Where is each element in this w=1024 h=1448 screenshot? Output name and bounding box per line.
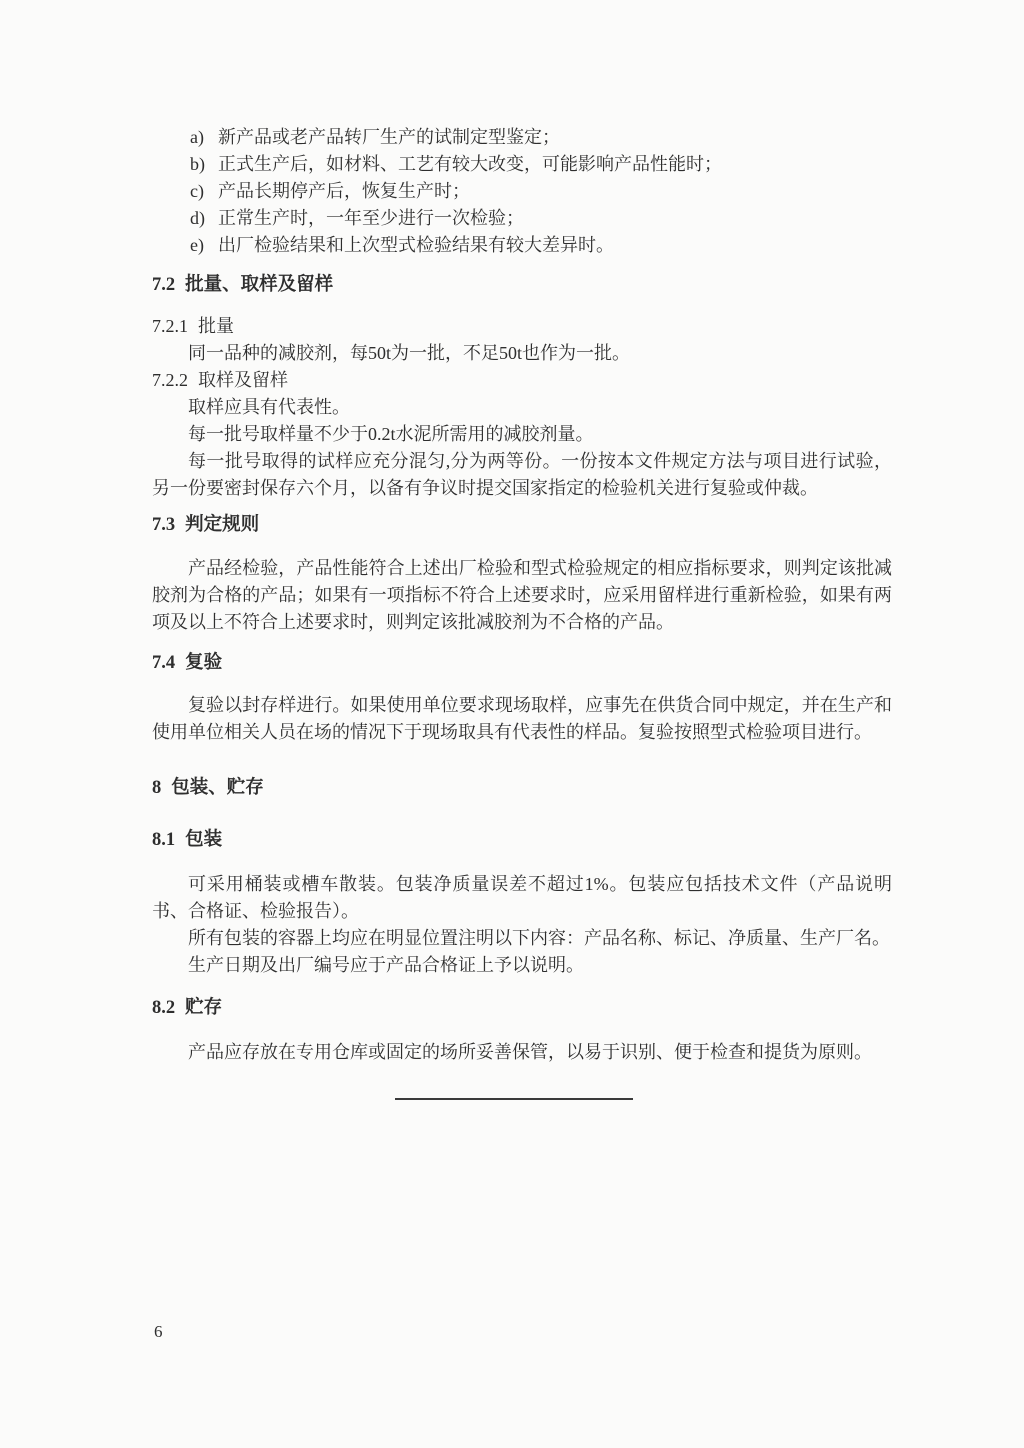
- heading-title: 批量: [198, 316, 234, 336]
- list-marker: d): [190, 205, 218, 232]
- paragraph: 产品经检验，产品性能符合上述出厂检验和型式检验规定的相应指标要求，则判定该批减胶…: [152, 555, 892, 636]
- subsection-heading-7-2-2: 7.2.2取样及留样: [152, 367, 892, 394]
- list-item: c)产品长期停产后，恢复生产时；: [152, 178, 892, 205]
- paragraph: 取样应具有代表性。: [152, 394, 892, 421]
- heading-number: 7.4: [152, 653, 175, 673]
- document-page: a)新产品或老产品转厂生产的试制定型鉴定； b)正式生产后，如材料、工艺有较大改…: [0, 0, 1024, 1448]
- heading-title: 判定规则: [185, 513, 259, 534]
- type-inspection-condition-list: a)新产品或老产品转厂生产的试制定型鉴定； b)正式生产后，如材料、工艺有较大改…: [152, 124, 892, 259]
- paragraph: 复验以封存样进行。如果使用单位要求现场取样，应事先在供货合同中规定，并在生产和使…: [152, 692, 892, 746]
- list-item: a)新产品或老产品转厂生产的试制定型鉴定；: [152, 124, 892, 151]
- heading-number: 7.2.2: [152, 370, 188, 390]
- paragraph: 每一批号取得的试样应充分混匀,分为两等份。一份按本文件规定方法与项目进行试验，另…: [152, 448, 892, 502]
- heading-number: 7.2.1: [152, 316, 188, 336]
- heading-title: 批量、取样及留样: [185, 273, 333, 294]
- heading-number: 7.2: [152, 275, 175, 295]
- page-content: a)新产品或老产品转厂生产的试制定型鉴定； b)正式生产后，如材料、工艺有较大改…: [152, 0, 892, 1100]
- chapter-heading-8: 8包装、贮存: [152, 773, 892, 802]
- page-number: 6: [154, 1322, 163, 1342]
- list-marker: c): [190, 178, 218, 205]
- list-marker: e): [190, 232, 218, 259]
- end-of-document-rule: [395, 1098, 633, 1100]
- section-heading-7-3: 7.3判定规则: [152, 510, 892, 539]
- heading-title: 取样及留样: [198, 370, 288, 390]
- paragraph: 生产日期及出厂编号应于产品合格证上予以说明。: [152, 952, 892, 979]
- section-heading-7-4: 7.4复验: [152, 648, 892, 677]
- list-text: 正常生产时，一年至少进行一次检验；: [218, 208, 524, 228]
- section-heading-7-2: 7.2批量、取样及留样: [152, 270, 892, 299]
- section-heading-8-1: 8.1包装: [152, 825, 892, 854]
- heading-title: 包装: [185, 828, 222, 849]
- list-marker: a): [190, 124, 218, 151]
- list-text: 出厂检验结果和上次型式检验结果有较大差异时。: [218, 235, 614, 255]
- list-item: d)正常生产时，一年至少进行一次检验；: [152, 205, 892, 232]
- paragraph: 同一品种的减胶剂，每50t为一批，不足50t也作为一批。: [152, 340, 892, 367]
- heading-number: 7.3: [152, 515, 175, 535]
- heading-title: 复验: [185, 651, 222, 672]
- heading-title: 包装、贮存: [171, 776, 264, 797]
- heading-number: 8.1: [152, 830, 175, 850]
- list-text: 产品长期停产后，恢复生产时；: [218, 181, 470, 201]
- paragraph: 可采用桶装或槽车散装。包装净质量误差不超过1%。包装应包括技术文件（产品说明书、…: [152, 871, 892, 925]
- list-text: 正式生产后，如材料、工艺有较大改变，可能影响产品性能时；: [218, 154, 722, 174]
- list-item: b)正式生产后，如材料、工艺有较大改变，可能影响产品性能时；: [152, 151, 892, 178]
- paragraph: 所有包装的容器上均应在明显位置注明以下内容：产品名称、标记、净质量、生产厂名。: [152, 925, 892, 952]
- subsection-heading-7-2-1: 7.2.1批量: [152, 313, 892, 340]
- section-heading-8-2: 8.2贮存: [152, 993, 892, 1022]
- heading-number: 8: [152, 778, 161, 798]
- paragraph: 每一批号取样量不少于0.2t水泥所需用的减胶剂量。: [152, 421, 892, 448]
- list-text: 新产品或老产品转厂生产的试制定型鉴定；: [218, 127, 560, 147]
- paragraph: 产品应存放在专用仓库或固定的场所妥善保管，以易于识别、便于检查和提货为原则。: [152, 1039, 892, 1066]
- heading-title: 贮存: [185, 996, 222, 1017]
- list-item: e)出厂检验结果和上次型式检验结果有较大差异时。: [152, 232, 892, 259]
- list-marker: b): [190, 151, 218, 178]
- heading-number: 8.2: [152, 998, 175, 1018]
